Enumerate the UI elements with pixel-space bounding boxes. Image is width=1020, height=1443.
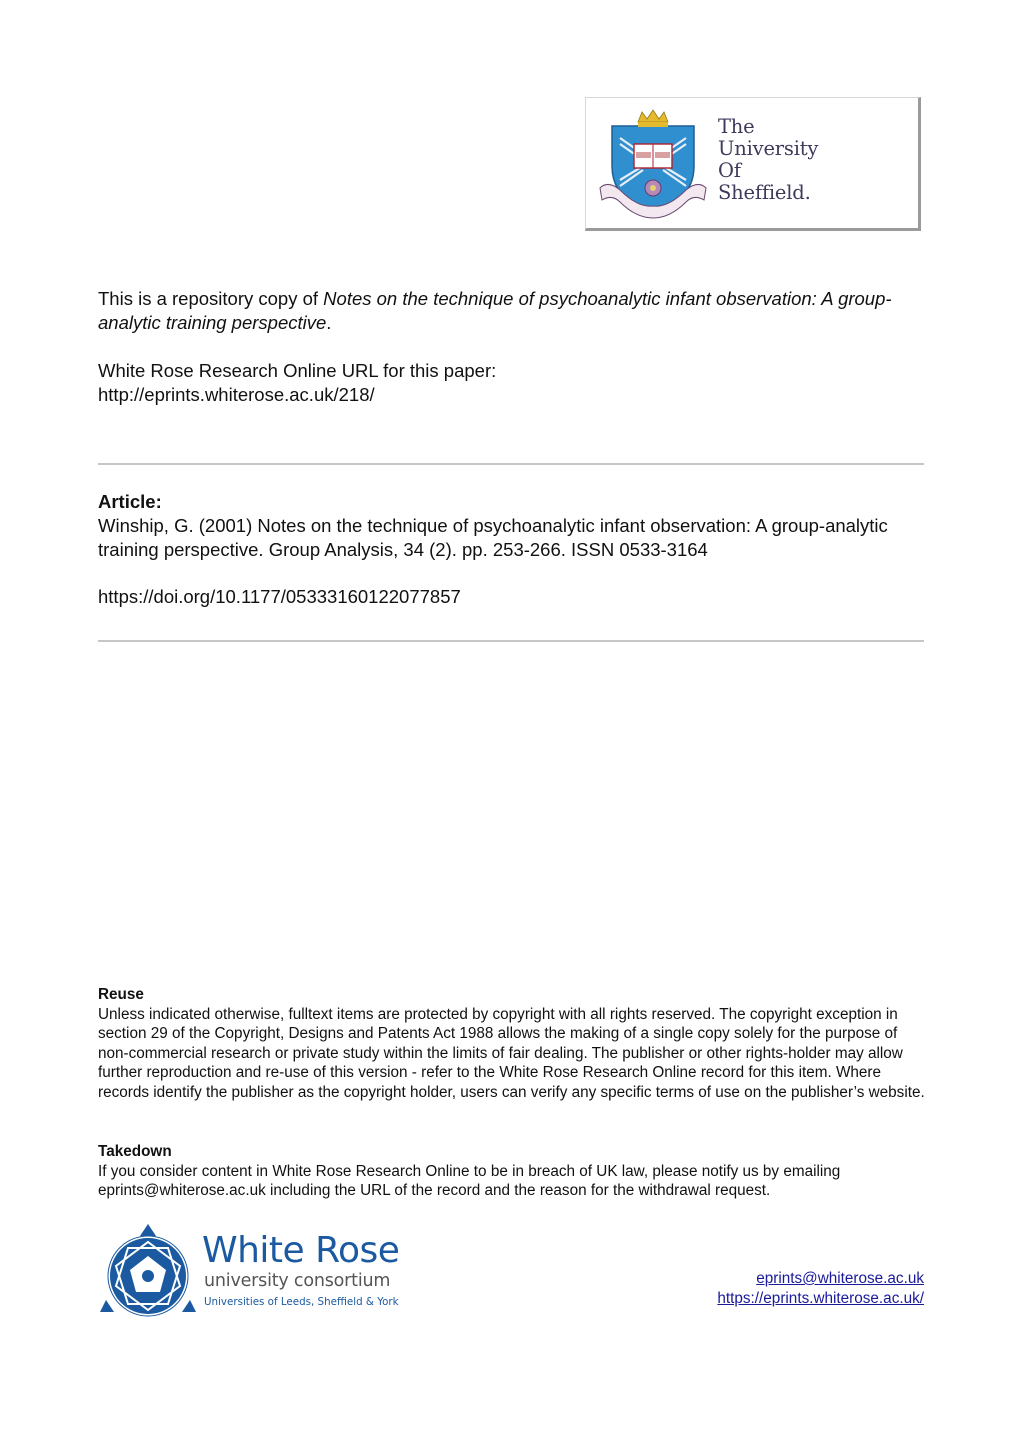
reuse-section: Reuse Unless indicated otherwise, fullte… [98,985,928,1102]
university-of-sheffield-crest-icon [598,108,708,220]
white-rose-universities: Universities of Leeds, Sheffield & York [204,1295,399,1309]
article-heading: Article: [98,490,928,514]
repository-copy-statement: This is a repository copy of Notes on th… [98,287,928,335]
article-citation: Winship, G. (2001) Notes on the techniqu… [98,514,928,562]
article-block: Article: Winship, G. (2001) Notes on the… [98,490,928,562]
reuse-text: Unless indicated otherwise, fulltext ite… [98,1005,928,1103]
institution-line: The [718,116,818,138]
institution-line: University [718,138,818,160]
takedown-section: Takedown If you consider content in Whit… [98,1142,928,1201]
white-rose-logo: White Rose university consortium Univers… [98,1222,390,1318]
white-rose-title: White Rose [202,1232,399,1270]
university-of-sheffield-logo: The University Of Sheffield. [585,97,921,231]
white-rose-emblem-icon [98,1222,198,1318]
institution-line: Of [718,160,818,182]
divider [98,640,924,642]
reuse-heading: Reuse [98,985,928,1005]
repository-url[interactable]: http://eprints.whiterose.ac.uk/218/ [98,383,928,407]
takedown-text: If you consider content in White Rose Re… [98,1162,928,1201]
white-rose-subtitle: university consortium [204,1271,390,1291]
contact-links: eprints@whiterose.ac.uk https://eprints.… [717,1269,924,1308]
intro-prefix: This is a repository copy of [98,288,323,309]
takedown-heading: Takedown [98,1142,928,1162]
institution-line: Sheffield. [718,182,818,204]
repository-url-block: White Rose Research Online URL for this … [98,359,928,407]
website-link[interactable]: https://eprints.whiterose.ac.uk/ [717,1289,924,1309]
repository-url-label: White Rose Research Online URL for this … [98,359,928,383]
email-link[interactable]: eprints@whiterose.ac.uk [717,1269,924,1289]
university-name: The University Of Sheffield. [718,116,818,204]
divider [98,463,924,465]
intro-suffix: . [326,312,331,333]
doi-link[interactable]: https://doi.org/10.1177/0533316012207785… [98,585,461,609]
